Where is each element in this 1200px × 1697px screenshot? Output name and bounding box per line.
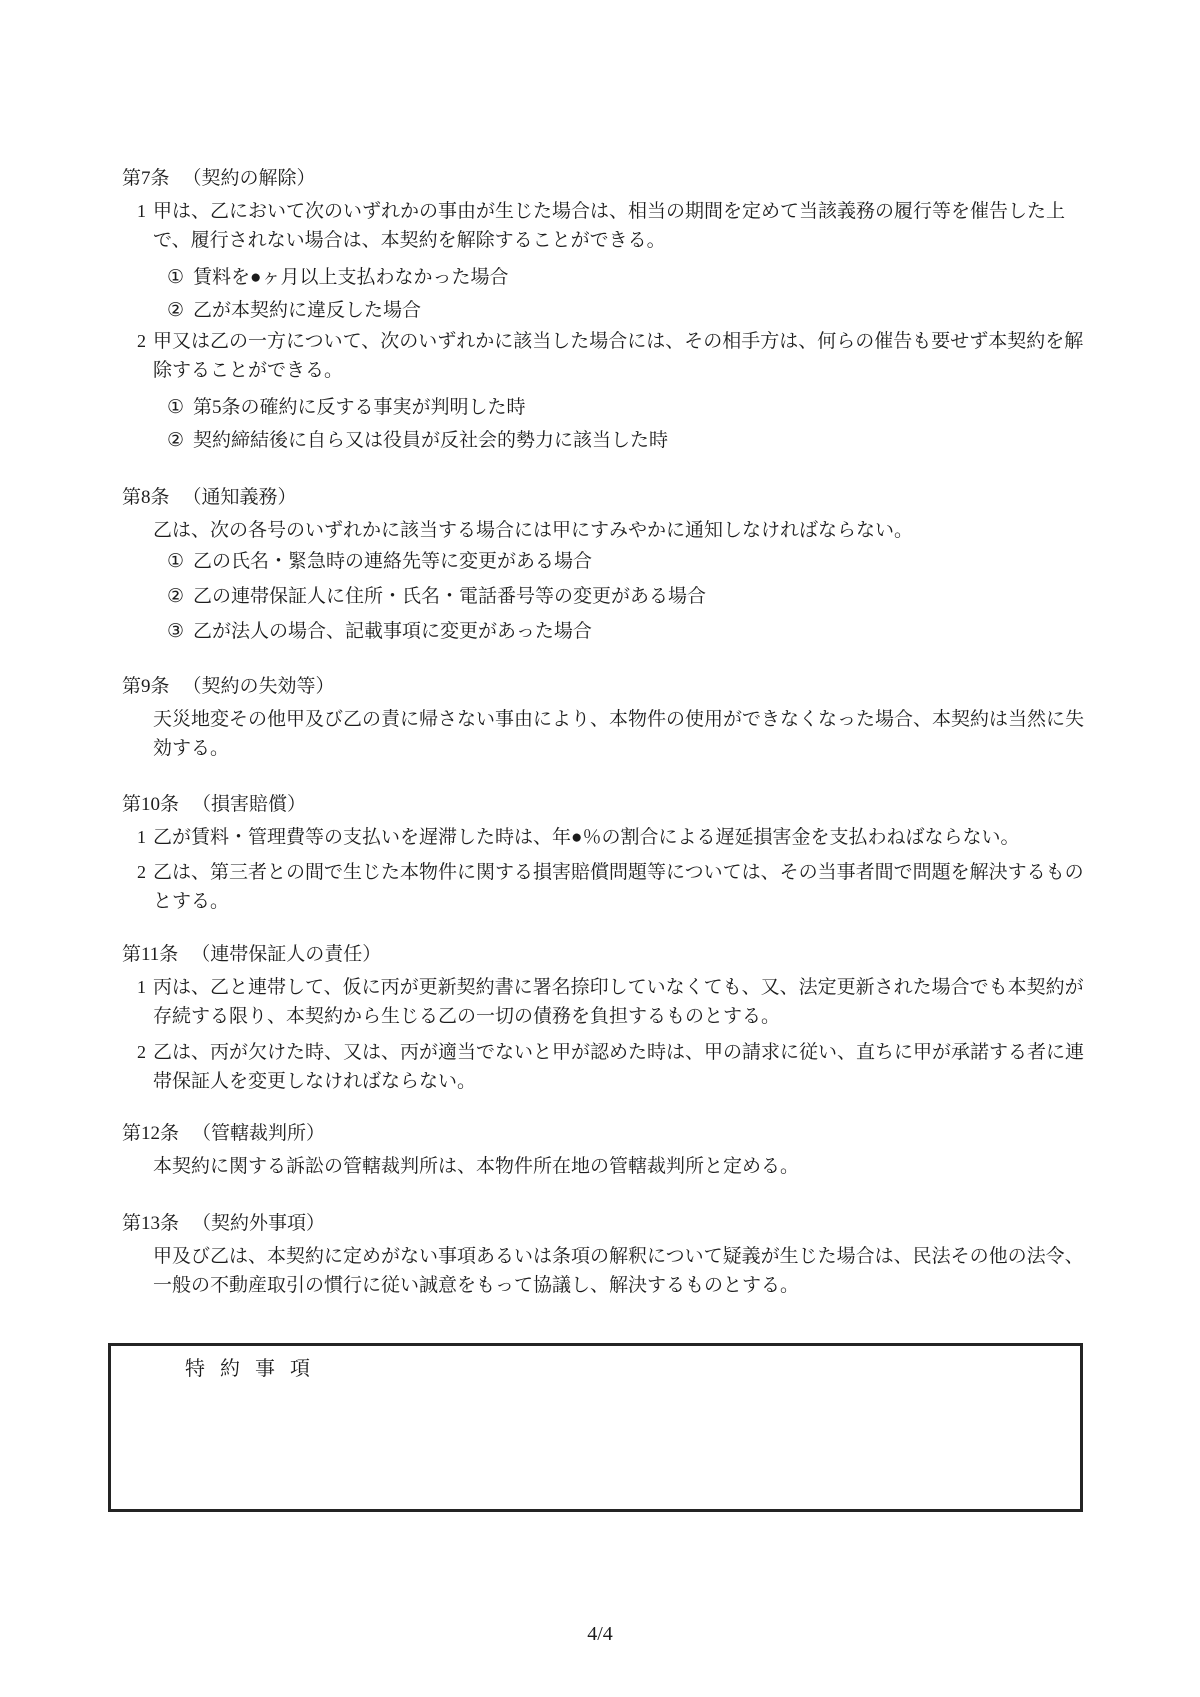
item-number: ① [167, 263, 184, 292]
paragraph-text: 乙は、第三者との間で生じた本物件に関する損害賠償問題等については、その当事者間で… [153, 858, 1085, 916]
list-item: ① 第5条の確約に反する事実が判明した時 [167, 393, 1200, 422]
article-title: （契約の失効等） [183, 672, 335, 701]
contract-page: 第7条 （契約の解除） 1 甲は、乙において次のいずれかの事由が生じた場合は、相… [0, 0, 1200, 1697]
paragraph: 1 乙が賃料・管理費等の支払いを遅滞した時は、年●％の割合による遅延損害金を支払… [137, 823, 1200, 852]
paragraph-text: 丙は、乙と連帯して、仮に丙が更新契約書に署名捺印していなくても、又、法定更新され… [153, 973, 1085, 1031]
article-title: （損害賠償） [192, 790, 306, 819]
article-9: 第9条 （契約の失効等） 天災地変その他甲及び乙の責に帰さない事由により、本物件… [0, 672, 1200, 763]
article-number: 第11条 [122, 940, 178, 969]
article-number: 第12条 [122, 1119, 179, 1148]
article-number: 第7条 [122, 164, 170, 193]
item-number: ② [167, 582, 184, 611]
list-item: ① 乙の氏名・緊急時の連絡先等に変更がある場合 [167, 547, 1200, 576]
page-number: 4/4 [0, 1620, 1200, 1649]
article-7: 第7条 （契約の解除） 1 甲は、乙において次のいずれかの事由が生じた場合は、相… [0, 164, 1200, 455]
paragraph-text: 甲は、乙において次のいずれかの事由が生じた場合は、相当の期間を定めて当該義務の履… [153, 197, 1085, 255]
paragraph-number: 2 [137, 858, 153, 916]
article-title: （契約外事項） [192, 1209, 325, 1238]
article-10: 第10条 （損害賠償） 1 乙が賃料・管理費等の支払いを遅滞した時は、年●％の割… [0, 790, 1200, 916]
item-text: 乙の連帯保証人に住所・氏名・電話番号等の変更がある場合 [193, 582, 706, 611]
paragraph: 2 乙は、丙が欠けた時、又は、丙が適当でないと甲が認めた時は、甲の請求に従い、直… [137, 1038, 1200, 1096]
article-number: 第8条 [122, 483, 170, 512]
article-title: （通知義務） [183, 483, 297, 512]
article-10-heading: 第10条 （損害賠償） [122, 790, 1200, 819]
item-number: ① [167, 393, 184, 422]
item-text: 第5条の確約に反する事実が判明した時 [193, 393, 526, 422]
paragraph-text: 乙は、丙が欠けた時、又は、丙が適当でないと甲が認めた時は、甲の請求に従い、直ちに… [153, 1038, 1085, 1096]
paragraph-number: 1 [137, 197, 153, 255]
article-body: 本契約に関する訴訟の管轄裁判所は、本物件所在地の管轄裁判所と定める。 [153, 1152, 1085, 1181]
special-clauses-box: 特約事項 [108, 1343, 1083, 1512]
article-11: 第11条 （連帯保証人の責任） 1 丙は、乙と連帯して、仮に丙が更新契約書に署名… [0, 940, 1200, 1096]
list-item: ② 乙の連帯保証人に住所・氏名・電話番号等の変更がある場合 [167, 582, 1200, 611]
item-text: 乙が法人の場合、記載事項に変更があった場合 [193, 617, 592, 646]
paragraph: 2 乙は、第三者との間で生じた本物件に関する損害賠償問題等については、その当事者… [137, 858, 1200, 916]
list-item: ③ 乙が法人の場合、記載事項に変更があった場合 [167, 617, 1200, 646]
article-body: 甲及び乙は、本契約に定めがない事項あるいは条項の解釈について疑義が生じた場合は、… [153, 1242, 1085, 1300]
item-text: 賃料を●ヶ月以上支払わなかった場合 [193, 263, 508, 292]
article-11-heading: 第11条 （連帯保証人の責任） [122, 940, 1200, 969]
article-body: 天災地変その他甲及び乙の責に帰さない事由により、本物件の使用ができなくなった場合… [153, 705, 1085, 763]
article-title: （連帯保証人の責任） [191, 940, 381, 969]
special-clauses-title: 特約事項 [185, 1355, 1080, 1384]
article-12: 第12条 （管轄裁判所） 本契約に関する訴訟の管轄裁判所は、本物件所在地の管轄裁… [0, 1119, 1200, 1181]
article-8: 第8条 （通知義務） 乙は、次の各号のいずれかに該当する場合には甲にすみやかに通… [0, 483, 1200, 646]
article-title: （管轄裁判所） [192, 1119, 325, 1148]
article-13: 第13条 （契約外事項） 甲及び乙は、本契約に定めがない事項あるいは条項の解釈に… [0, 1209, 1200, 1300]
paragraph: 1 甲は、乙において次のいずれかの事由が生じた場合は、相当の期間を定めて当該義務… [137, 197, 1200, 255]
paragraph-number: 1 [137, 823, 153, 852]
paragraph-text: 甲又は乙の一方について、次のいずれかに該当した場合には、その相手方は、何らの催告… [153, 327, 1085, 385]
article-9-heading: 第9条 （契約の失効等） [122, 672, 1200, 701]
item-text: 契約締結後に自ら又は役員が反社会的勢力に該当した時 [193, 426, 668, 455]
paragraph-number: 2 [137, 327, 153, 385]
paragraph-number: 1 [137, 973, 153, 1031]
item-number: ③ [167, 617, 184, 646]
article-13-heading: 第13条 （契約外事項） [122, 1209, 1200, 1238]
article-number: 第9条 [122, 672, 170, 701]
article-8-heading: 第8条 （通知義務） [122, 483, 1200, 512]
article-title: （契約の解除） [183, 164, 316, 193]
item-text: 乙の氏名・緊急時の連絡先等に変更がある場合 [193, 547, 592, 576]
list-item: ② 乙が本契約に違反した場合 [167, 296, 1200, 325]
item-number: ② [167, 426, 184, 455]
article-12-heading: 第12条 （管轄裁判所） [122, 1119, 1200, 1148]
article-number: 第13条 [122, 1209, 179, 1238]
paragraph: 2 甲又は乙の一方について、次のいずれかに該当した場合には、その相手方は、何らの… [137, 327, 1200, 385]
article-number: 第10条 [122, 790, 179, 819]
article-7-heading: 第7条 （契約の解除） [122, 164, 1200, 193]
paragraph-text: 乙が賃料・管理費等の支払いを遅滞した時は、年●％の割合による遅延損害金を支払わね… [153, 823, 1085, 852]
item-number: ① [167, 547, 184, 576]
item-number: ② [167, 296, 184, 325]
list-item: ② 契約締結後に自ら又は役員が反社会的勢力に該当した時 [167, 426, 1200, 455]
article-body: 乙は、次の各号のいずれかに該当する場合には甲にすみやかに通知しなければならない。 [153, 516, 1085, 545]
list-item: ① 賃料を●ヶ月以上支払わなかった場合 [167, 263, 1200, 292]
paragraph: 1 丙は、乙と連帯して、仮に丙が更新契約書に署名捺印していなくても、又、法定更新… [137, 973, 1200, 1031]
paragraph-number: 2 [137, 1038, 153, 1096]
item-text: 乙が本契約に違反した場合 [193, 296, 421, 325]
